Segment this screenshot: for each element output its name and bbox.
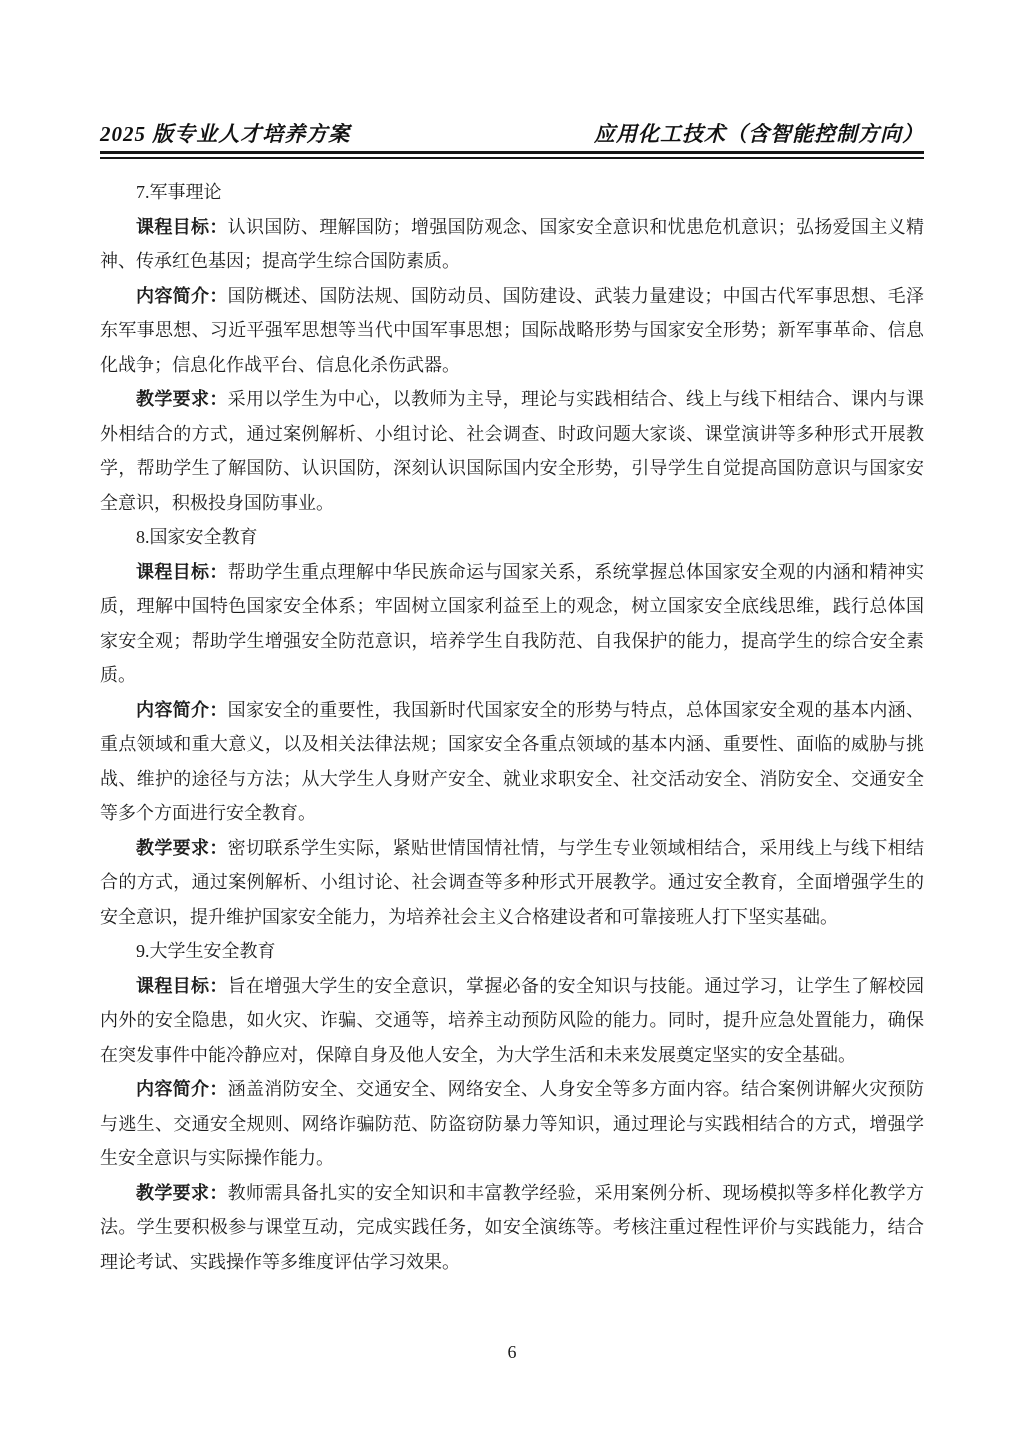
- page-footer: 6: [0, 1342, 1024, 1363]
- section-7-heading: 7.军事理论: [100, 175, 924, 210]
- section-7-content-summary-paragraph: 内容简介：国防概述、国防法规、国防动员、国防建设、武装力量建设；中国古代军事思想…: [100, 279, 924, 383]
- header-left-title: 2025 版专业人才培养方案: [100, 118, 350, 148]
- header-rule: [100, 151, 924, 159]
- section-8-course-objectives-paragraph: 课程目标：帮助学生重点理解中华民族命运与国家关系，系统掌握总体国家安全观的内涵和…: [100, 555, 924, 693]
- section-8-heading: 8.国家安全教育: [100, 520, 924, 555]
- content-summary-label: 内容简介：: [136, 286, 228, 306]
- course-objectives-label: 课程目标：: [136, 217, 228, 237]
- section-7-course-objectives-paragraph: 课程目标：认识国防、理解国防；增强国防观念、国家安全意识和忧患危机意识；弘扬爱国…: [100, 210, 924, 279]
- teaching-requirements-label: 教学要求：: [136, 1183, 228, 1203]
- header-row: 2025 版专业人才培养方案 应用化工技术（含智能控制方向）: [100, 118, 924, 148]
- course-objectives-label: 课程目标：: [136, 976, 228, 996]
- document-page: { "header": { "left_title": "2025 版专业人才培…: [0, 0, 1024, 1448]
- section-9-heading: 9.大学生安全教育: [100, 934, 924, 969]
- section-9-teaching-requirements-paragraph: 教学要求：教师需具备扎实的安全知识和丰富教学经验，采用案例分析、现场模拟等多样化…: [100, 1176, 924, 1280]
- section-9-content-summary-paragraph: 内容简介：涵盖消防安全、交通安全、网络安全、人身安全等多方面内容。结合案例讲解火…: [100, 1072, 924, 1176]
- teaching-requirements-label: 教学要求：: [136, 838, 228, 858]
- page-number: 6: [508, 1342, 517, 1362]
- course-objectives-label: 课程目标：: [136, 562, 228, 582]
- page-header: 2025 版专业人才培养方案 应用化工技术（含智能控制方向）: [100, 118, 924, 159]
- section-9-course-objectives-paragraph: 课程目标：旨在增强大学生的安全意识，掌握必备的安全知识与技能。通过学习，让学生了…: [100, 969, 924, 1073]
- teaching-requirements-label: 教学要求：: [136, 389, 228, 409]
- header-right-title: 应用化工技术（含智能控制方向）: [594, 118, 924, 148]
- content-summary-label: 内容简介：: [136, 700, 228, 720]
- section-8-teaching-requirements-paragraph: 教学要求：密切联系学生实际，紧贴世情国情社情，与学生专业领域相结合，采用线上与线…: [100, 831, 924, 935]
- document-body: 7.军事理论 课程目标：认识国防、理解国防；增强国防观念、国家安全意识和忧患危机…: [100, 175, 924, 1279]
- content-summary-label: 内容简介：: [136, 1079, 228, 1099]
- section-8-content-summary-paragraph: 内容简介：国家安全的重要性，我国新时代国家安全的形势与特点，总体国家安全观的基本…: [100, 693, 924, 831]
- section-7-teaching-requirements-paragraph: 教学要求：采用以学生为中心，以教师为主导，理论与实践相结合、线上与线下相结合、课…: [100, 382, 924, 520]
